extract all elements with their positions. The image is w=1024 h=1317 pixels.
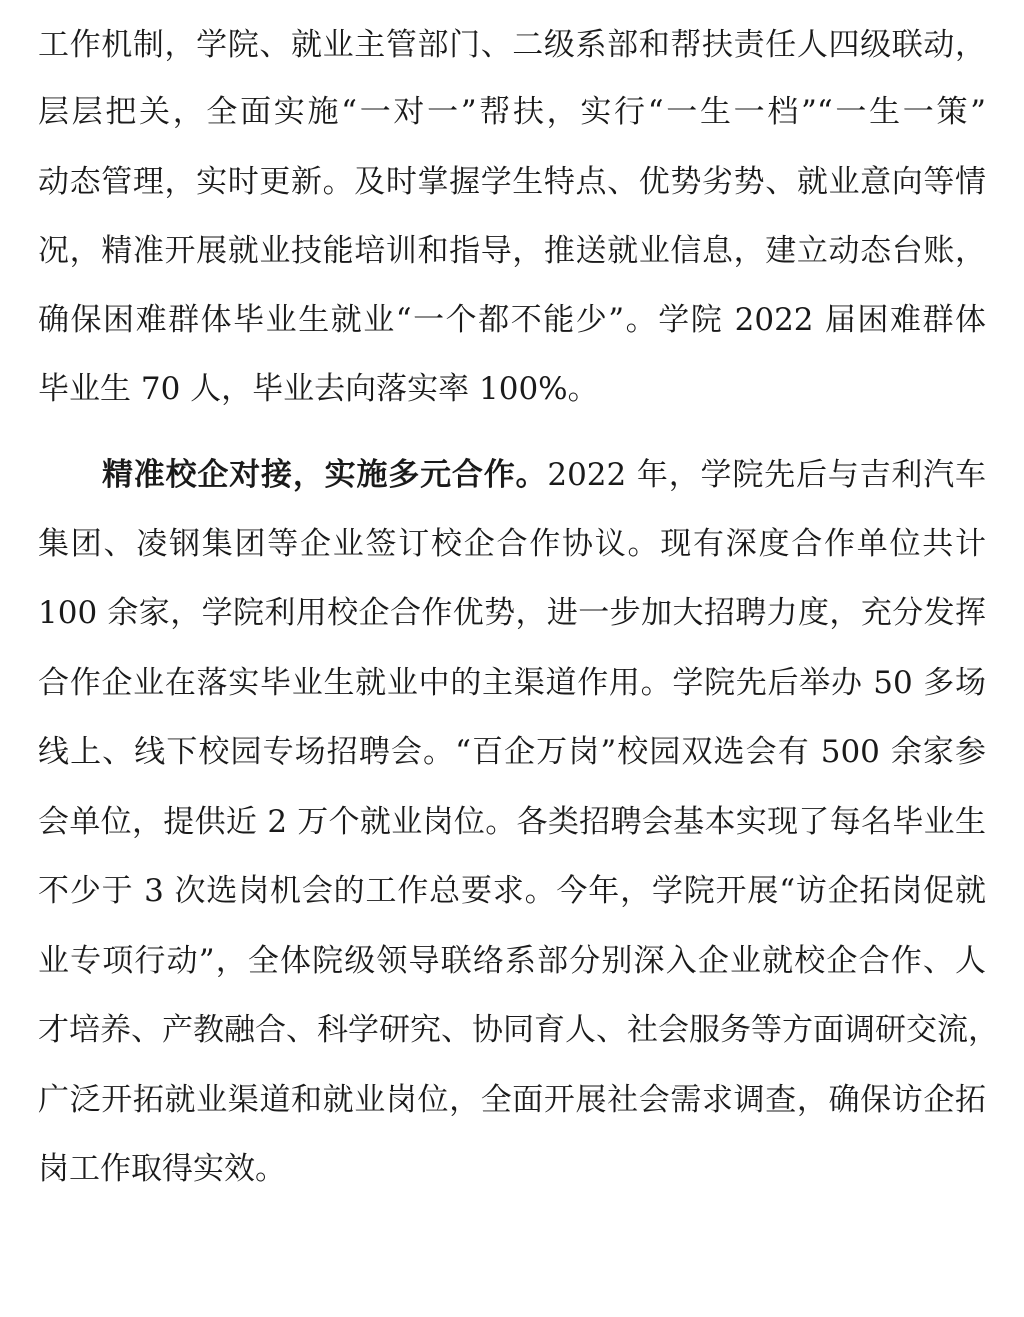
paragraph-2-line-1: 精准校企对接，实施多元合作。2022 年，学院先后与吉利汽车 (102, 455, 986, 495)
document-page: 工作机制，学院、就业主管部门、二级系部和帮扶责任人四级联动， 层层把关，全面实施… (0, 0, 1024, 1317)
paragraph-2-line-7: 不少于 3 次选岗机会的工作总要求。今年，学院开展“访企拓岗促就 (38, 871, 986, 911)
paragraph-2-line-2: 集团、凌钢集团等企业签订校企合作协议。现有深度合作单位共计 (38, 524, 986, 564)
paragraph-2-line-3: 100 余家，学院利用校企合作优势，进一步加大招聘力度，充分发挥 (38, 593, 986, 633)
paragraph-2-line-1-rest: 2022 年，学院先后与吉利汽车 (547, 457, 986, 493)
paragraph-1-line-4: 况，精准开展就业技能培训和指导，推送就业信息，建立动态台账， (38, 231, 986, 271)
paragraph-1-line-5: 确保困难群体毕业生就业“一个都不能少”。学院 2022 届困难群体 (38, 300, 986, 340)
paragraph-1-line-1: 工作机制，学院、就业主管部门、二级系部和帮扶责任人四级联动， (38, 25, 986, 65)
paragraph-2-line-11: 岗工作取得实效。 (38, 1149, 986, 1189)
paragraph-2-line-5: 线上、线下校园专场招聘会。“百企万岗”校园双选会有 500 余家参 (38, 732, 986, 772)
paragraph-1-line-3: 动态管理，实时更新。及时掌握学生特点、优势劣势、就业意向等情 (38, 162, 986, 202)
paragraph-2-line-9: 才培养、产教融合、科学研究、协同育人、社会服务等方面调研交流， (38, 1010, 986, 1050)
paragraph-1-line-2: 层层把关，全面实施“一对一”帮扶，实行“一生一档”“一生一策” (38, 92, 986, 132)
paragraph-2-line-10: 广泛开拓就业渠道和就业岗位，全面开展社会需求调查，确保访企拓 (38, 1080, 986, 1120)
paragraph-2-line-6: 会单位，提供近 2 万个就业岗位。各类招聘会基本实现了每名毕业生 (38, 802, 986, 842)
paragraph-1-line-6: 毕业生 70 人，毕业去向落实率 100%。 (38, 369, 986, 409)
paragraph-2-line-4: 合作企业在落实毕业生就业中的主渠道作用。学院先后举办 50 多场 (38, 663, 986, 703)
paragraph-2-line-8: 业专项行动”，全体院级领导联络系部分别深入企业就校企合作、人 (38, 941, 986, 981)
paragraph-2-lead-heading: 精准校企对接，实施多元合作。 (102, 457, 547, 493)
